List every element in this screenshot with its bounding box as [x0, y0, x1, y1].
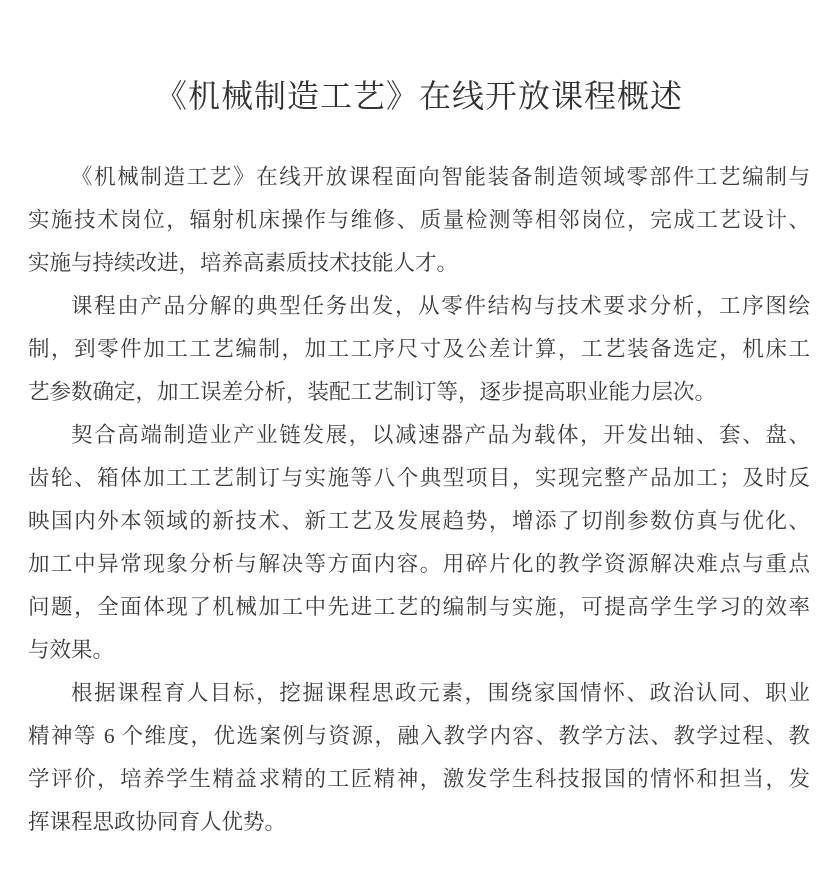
paragraph-line: 加工中异常现象分析与解决等方面内容。用碎片化的教学资源解决难点与重点: [28, 543, 810, 586]
paragraph-line: 问题，全面体现了机械加工中先进工艺的编制与实施，可提高学生学习的效率: [28, 586, 810, 629]
document-body: 《机械制造工艺》在线开放课程面向智能装备制造领域零部件工艺编制与实施技术岗位，辐…: [0, 156, 838, 844]
paragraph-line: 课程由产品分解的典型任务出发，从零件结构与技术要求分析，工序图绘: [28, 285, 810, 328]
paragraph-line: 契合高端制造业产业链发展，以减速器产品为载体，开发出轴、套、盘、: [28, 414, 810, 457]
document-page: 《机械制造工艺》在线开放课程概述 《机械制造工艺》在线开放课程面向智能装备制造领…: [0, 0, 838, 890]
paragraph: 根据课程育人目标，挖掘课程思政元素，围绕家国情怀、政治认同、职业精神等 6 个维…: [28, 672, 810, 844]
paragraph-line: 精神等 6 个维度，优选案例与资源，融入教学内容、教学方法、教学过程、教: [28, 715, 810, 758]
paragraph-line: 实施技术岗位，辐射机床操作与维修、质量检测等相邻岗位，完成工艺设计、: [28, 199, 810, 242]
paragraph: 课程由产品分解的典型任务出发，从零件结构与技术要求分析，工序图绘制，到零件加工工…: [28, 285, 810, 414]
paragraph-line: 根据课程育人目标，挖掘课程思政元素，围绕家国情怀、政治认同、职业: [28, 672, 810, 715]
paragraph-line: 制，到零件加工工艺编制，加工工序尺寸及公差计算，工艺装备选定，机床工: [28, 328, 810, 371]
paragraph-line: 艺参数确定，加工误差分析，装配工艺制订等，逐步提高职业能力层次。: [28, 371, 810, 414]
document-title: 《机械制造工艺》在线开放课程概述: [0, 0, 838, 118]
paragraph-line: 与效果。: [28, 629, 810, 672]
paragraph: 契合高端制造业产业链发展，以减速器产品为载体，开发出轴、套、盘、齿轮、箱体加工工…: [28, 414, 810, 672]
paragraph-line: 齿轮、箱体加工工艺制订与实施等八个典型项目，实现完整产品加工；及时反: [28, 457, 810, 500]
paragraph-line: 学评价，培养学生精益求精的工匠精神，激发学生科技报国的情怀和担当，发: [28, 758, 810, 801]
paragraph-line: 挥课程思政协同育人优势。: [28, 801, 810, 844]
paragraph-line: 映国内外本领域的新技术、新工艺及发展趋势，增添了切削参数仿真与优化、: [28, 500, 810, 543]
paragraph-line: 实施与持续改进，培养高素质技术技能人才。: [28, 242, 810, 285]
paragraph: 《机械制造工艺》在线开放课程面向智能装备制造领域零部件工艺编制与实施技术岗位，辐…: [28, 156, 810, 285]
paragraph-line: 《机械制造工艺》在线开放课程面向智能装备制造领域零部件工艺编制与: [28, 156, 810, 199]
